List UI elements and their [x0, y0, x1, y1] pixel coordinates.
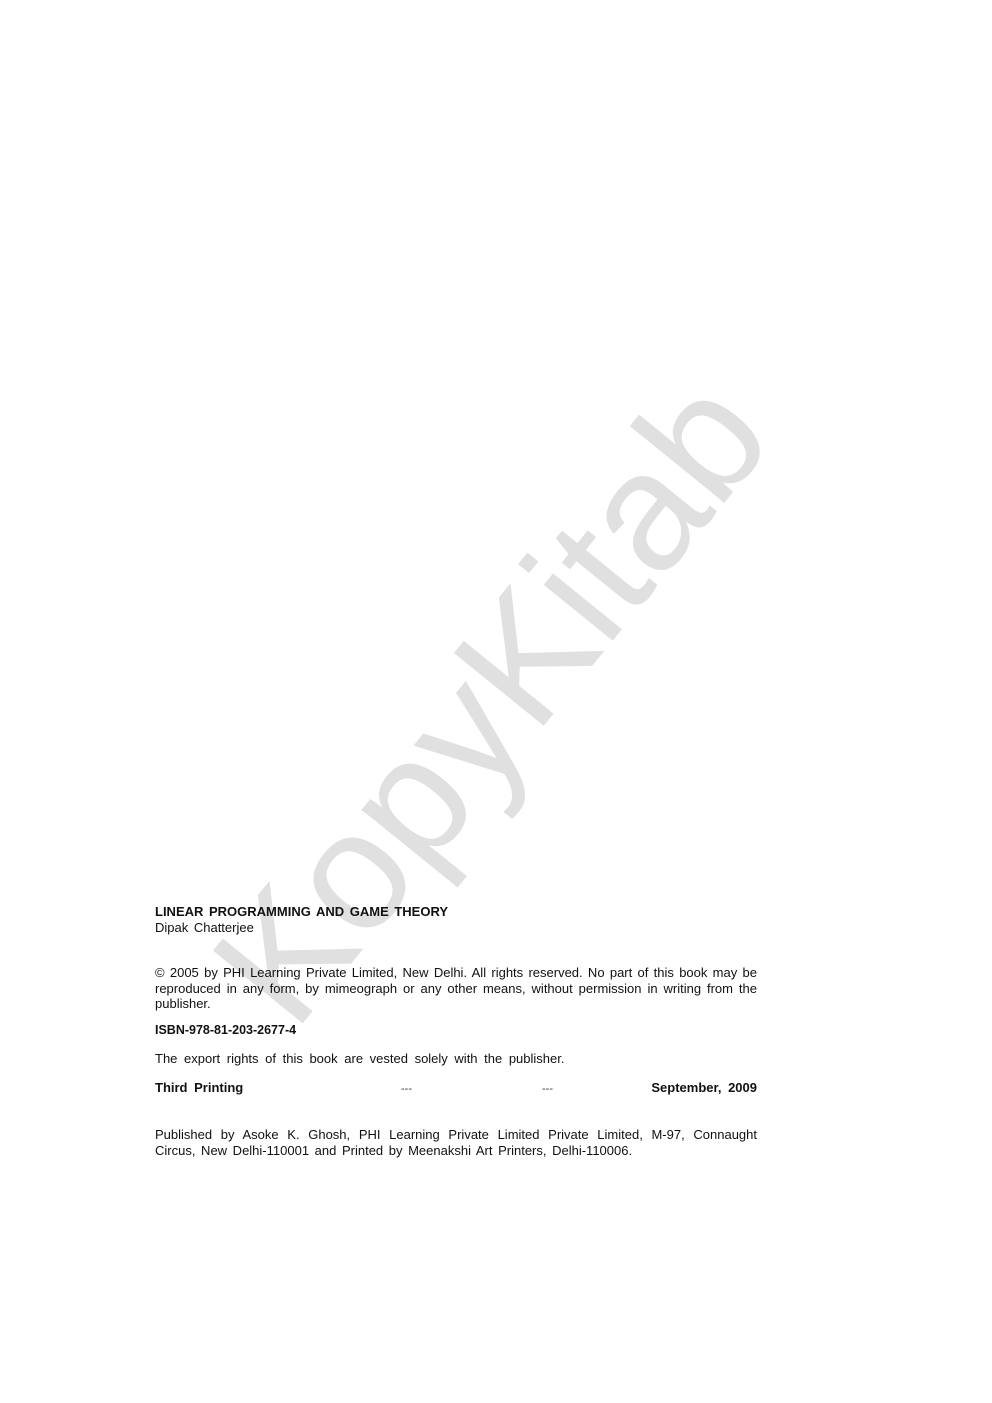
- isbn: ISBN-978-81-203-2677-4: [155, 1023, 757, 1039]
- copyright-notice: © 2005 by PHI Learning Private Limited, …: [155, 965, 757, 1012]
- printing-edition: Third Printing: [155, 1080, 315, 1096]
- imprint-block: LINEAR PROGRAMMING AND GAME THEORY Dipak…: [155, 904, 757, 1158]
- book-author: Dipak Chatterjee: [155, 920, 757, 936]
- printing-date: September, 2009: [651, 1080, 757, 1096]
- separator: ---: [542, 1082, 553, 1098]
- printing-info: Third Printing --- --- September, 2009: [155, 1080, 757, 1098]
- export-rights-notice: The export rights of this book are veste…: [155, 1051, 757, 1067]
- publisher-info: Published by Asoke K. Ghosh, PHI Learnin…: [155, 1127, 757, 1158]
- separator: ---: [401, 1082, 412, 1098]
- book-title: LINEAR PROGRAMMING AND GAME THEORY: [155, 904, 757, 920]
